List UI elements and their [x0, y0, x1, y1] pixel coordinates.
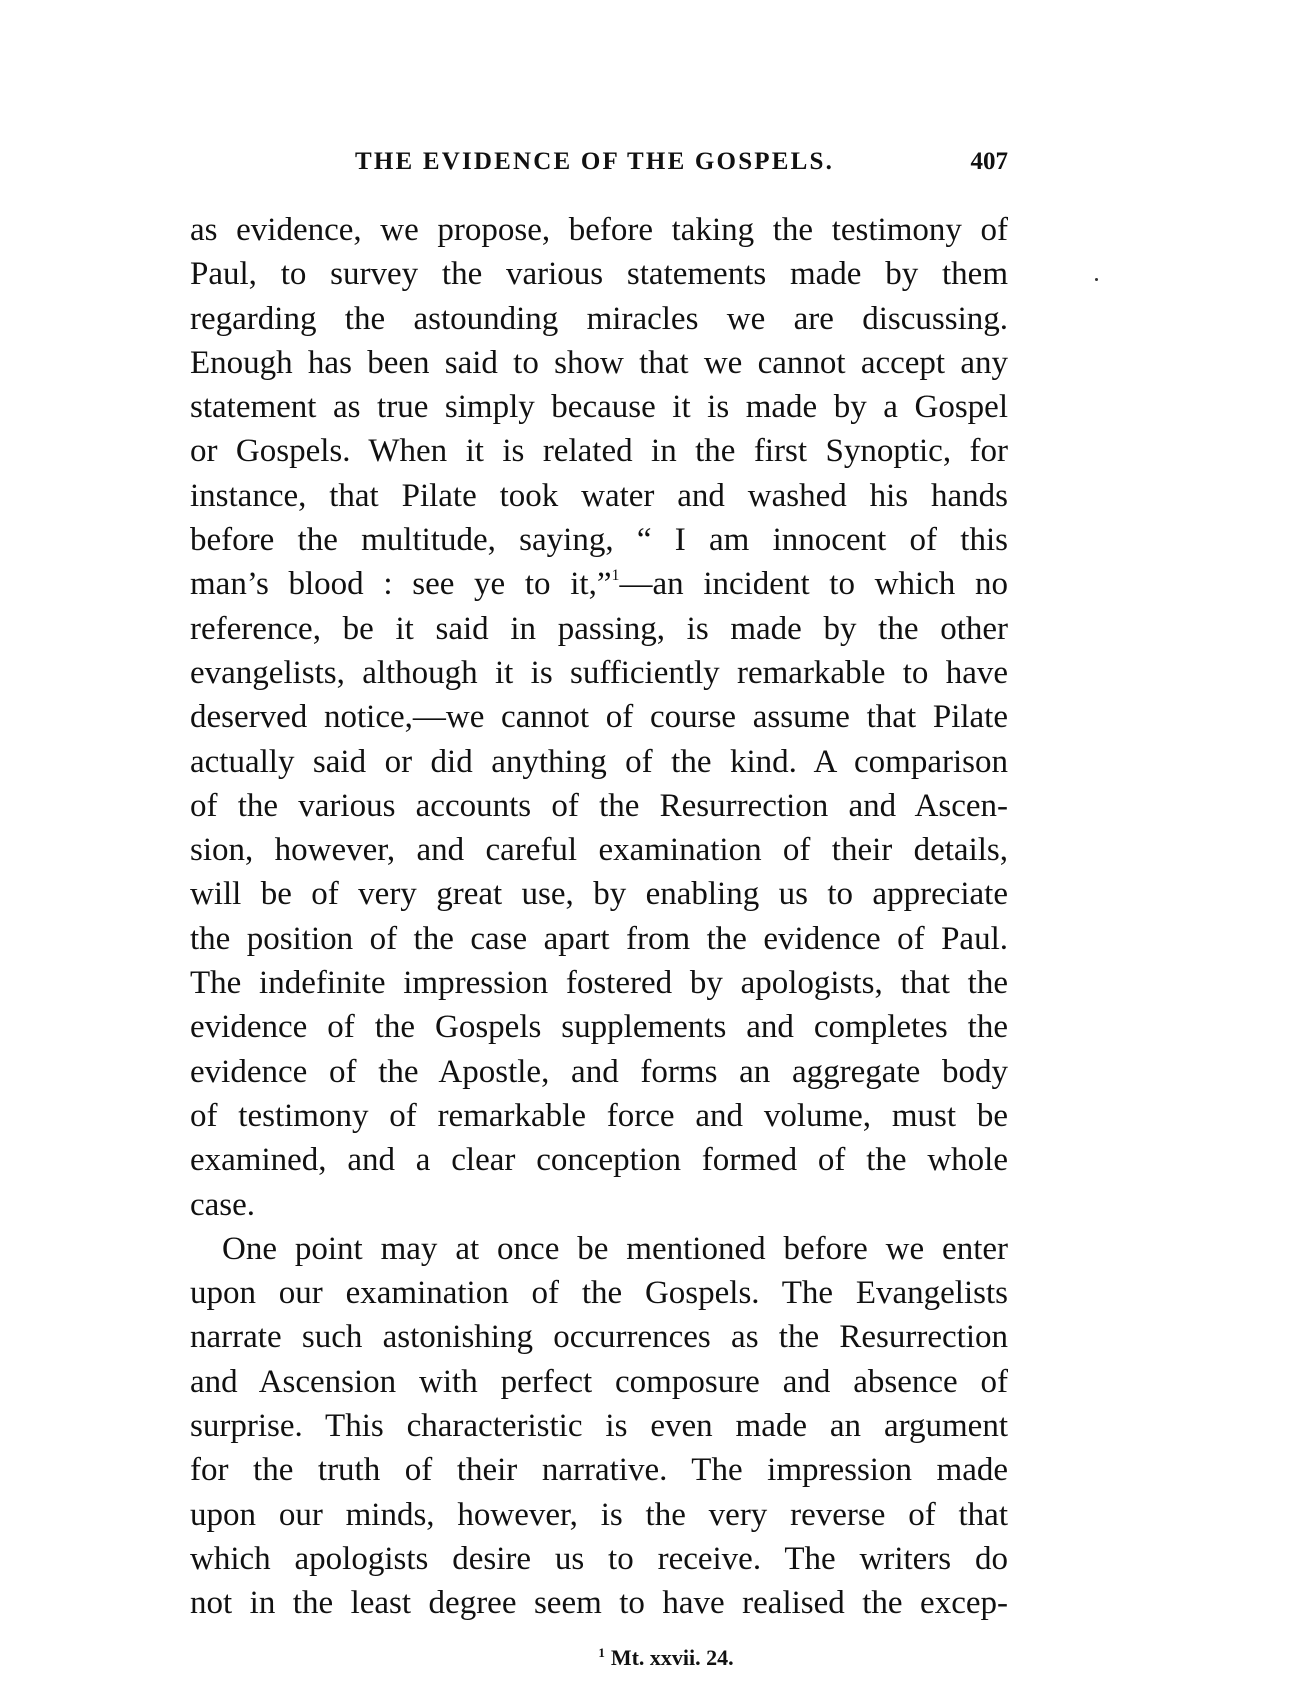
footnote-marker: 1	[598, 1645, 605, 1660]
text-line: reference, be it said in passing, is mad…	[190, 607, 1008, 651]
text-line: actually said or did anything of the kin…	[190, 740, 1008, 784]
text-line: and Ascension with perfect composure and…	[190, 1360, 1008, 1404]
text-line: evidence of the Gospels supplements and …	[190, 1005, 1008, 1049]
text-line: upon our examination of the Gospels. The…	[190, 1271, 1008, 1315]
text-line: statement as true simply because it is m…	[190, 385, 1008, 429]
text-line: will be of very great use, by enabling u…	[190, 872, 1008, 916]
footnote-text: Mt. xxvii. 24.	[611, 1645, 734, 1670]
page-number: 407	[971, 148, 1009, 176]
paragraph-1: as evidence, we propose, before taking t…	[190, 208, 1008, 1227]
book-page: THE EVIDENCE OF THE GOSPELS. 407 as evid…	[0, 0, 1292, 1700]
text-line: of the various accounts of the Resurrect…	[190, 784, 1008, 828]
running-title: THE EVIDENCE OF THE GOSPELS.	[355, 148, 834, 176]
text-line: instance, that Pilate took water and was…	[190, 474, 1008, 518]
text-line: which apologists desire us to receive. T…	[190, 1537, 1008, 1581]
text-line: Enough has been said to show that we can…	[190, 341, 1008, 385]
text-line: Paul, to survey the various statements m…	[190, 252, 1008, 296]
running-head: THE EVIDENCE OF THE GOSPELS. 407	[190, 148, 1008, 188]
text-line: not in the least degree seem to have rea…	[190, 1581, 1008, 1625]
text-line: examined, and a clear conception formed …	[190, 1138, 1008, 1182]
text-line: of testimony of remarkable force and vol…	[190, 1094, 1008, 1138]
paragraph-2: One point may at once be mentioned befor…	[190, 1227, 1008, 1626]
text-line: upon our minds, however, is the very rev…	[190, 1493, 1008, 1537]
text-line: surprise. This characteristic is even ma…	[190, 1404, 1008, 1448]
text-line: or Gospels. When it is related in the fi…	[190, 429, 1008, 473]
text-line: sion, however, and careful examination o…	[190, 828, 1008, 872]
text-line: One point may at once be mentioned befor…	[190, 1227, 1008, 1271]
text-line: evidence of the Apostle, and forms an ag…	[190, 1050, 1008, 1094]
text-line: deserved notice,—we cannot of course ass…	[190, 695, 1008, 739]
text-line: the position of the case apart from the …	[190, 917, 1008, 961]
text-segment: —an incident to which no	[619, 566, 1008, 602]
text-line: for the truth of their narrative. The im…	[190, 1448, 1008, 1492]
text-line: narrate such astonishing occurrences as …	[190, 1315, 1008, 1359]
text-line: before the multitude, saying, “ I am inn…	[190, 518, 1008, 562]
stray-ink-mark	[1095, 278, 1098, 281]
text-line: as evidence, we propose, before taking t…	[190, 208, 1008, 252]
text-line: The indefinite impression fostered by ap…	[190, 961, 1008, 1005]
text-line-with-footnote: man’s blood : see ye to it,”1—an inciden…	[190, 562, 1008, 606]
footnote: 1Mt. xxvii. 24.	[0, 1645, 1292, 1671]
text-segment: man’s blood : see ye to it,”	[190, 566, 611, 602]
text-line: case.	[190, 1183, 1008, 1227]
text-line: regarding the astounding miracles we are…	[190, 297, 1008, 341]
text-line: evangelists, although it is sufficiently…	[190, 651, 1008, 695]
body-text: as evidence, we propose, before taking t…	[190, 208, 1008, 1626]
